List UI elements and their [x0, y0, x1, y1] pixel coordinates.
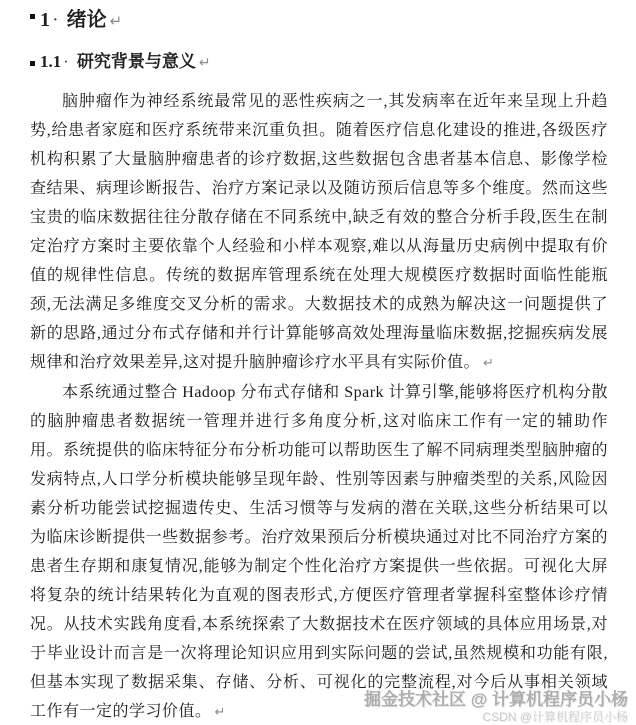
space-mark: · [52, 9, 59, 31]
paragraph-background: 脑肿瘤作为神经系统最常见的恶性疾病之一,其发病率在近年来呈现上升趋势,给患者家庭… [30, 87, 608, 378]
outline-marker-icon [30, 61, 35, 66]
heading-section: 1.1·研究背景与意义↵ [30, 51, 608, 74]
heading-section-number: 1.1 [40, 52, 61, 71]
heading-chapter-title: 绪论 [67, 9, 107, 31]
document-page: 1·绪论↵ 1.1·研究背景与意义↵ 脑肿瘤作为神经系统最常见的恶性疾病之一,其… [0, 0, 636, 725]
paragraph-mark-icon: ↵ [483, 356, 494, 371]
heading-chapter: 1·绪论↵ [30, 8, 608, 33]
paragraph-text: 脑肿瘤作为神经系统最常见的恶性疾病之一,其发病率在近年来呈现上升趋势,给患者家庭… [30, 93, 608, 371]
paragraph-mark-icon: ↵ [110, 12, 123, 30]
paragraph-text: 本系统通过整合 Hadoop 分布式存储和 Spark 计算引擎,能够将医疗机构… [30, 384, 608, 720]
paragraph-mark-icon: ↵ [199, 55, 211, 71]
space-mark: · [63, 52, 69, 71]
paragraph-significance: 本系统通过整合 Hadoop 分布式存储和 Spark 计算引擎,能够将医疗机构… [30, 378, 608, 725]
paragraph-mark-icon: ↵ [215, 705, 226, 720]
outline-marker-icon [30, 14, 35, 19]
heading-section-title: 研究背景与意义 [77, 52, 196, 71]
heading-chapter-number: 1 [40, 9, 50, 31]
